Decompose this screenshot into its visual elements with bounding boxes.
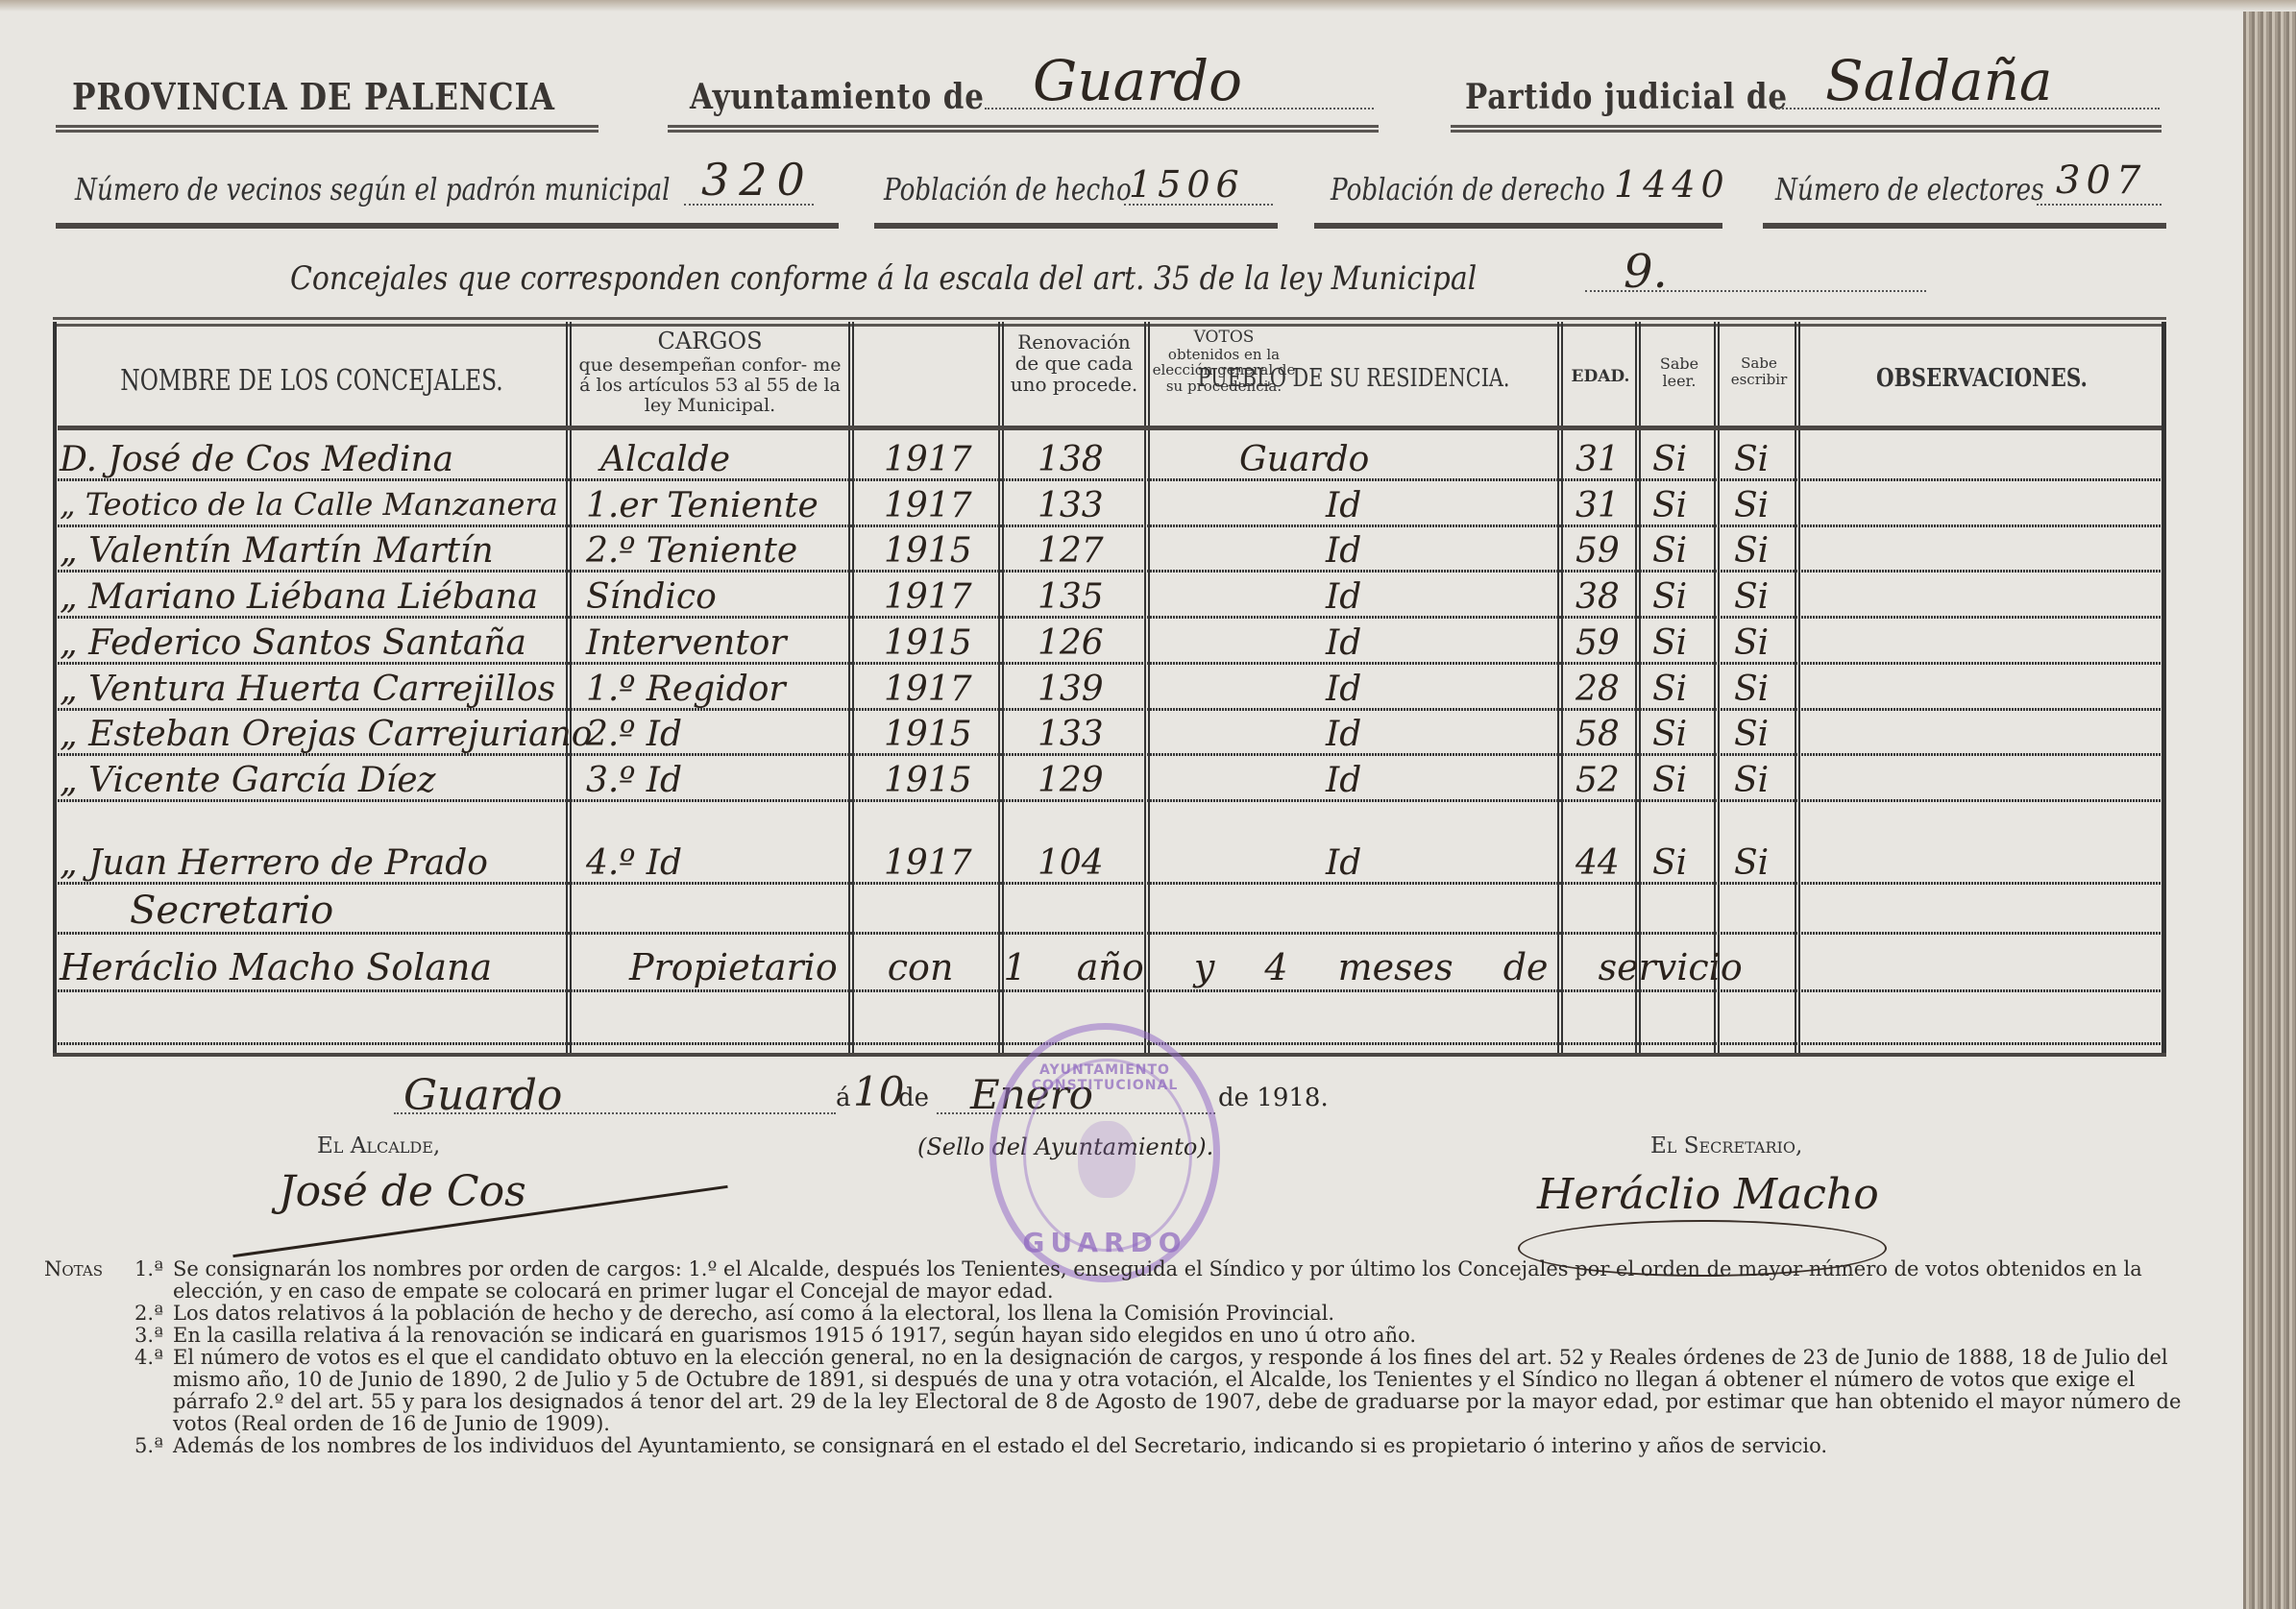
crest-icon [1078, 1121, 1136, 1198]
header-rule [668, 125, 1379, 133]
electores-label: Número de electores [1775, 171, 2044, 207]
cell-cargo: 1.er Teniente [586, 486, 818, 525]
cell-nombre: „ Esteban Orejas Carrejuriano [60, 715, 592, 754]
cell-pueblo: Id [1326, 577, 1361, 617]
ayuntamiento-label: Ayuntamiento de [690, 77, 985, 117]
cell-escribir: Si [1734, 670, 1769, 709]
cell-escribir: Si [1734, 577, 1769, 617]
province-title: PROVINCIA DE PALENCIA [72, 75, 555, 118]
cell-renovacion: 1915 [884, 531, 972, 571]
header-votos-title: VOTOS [1152, 329, 1296, 347]
cell-nombre: „ Juan Herrero de Prado [60, 843, 488, 883]
cell-nombre: D. José de Cos Medina [60, 440, 453, 479]
cell-edad: 58 [1575, 715, 1620, 754]
cell-escribir: Si [1734, 440, 1769, 479]
cell-pueblo: Id [1326, 531, 1361, 571]
cell-pueblo: Id [1326, 715, 1361, 754]
stats-rule [874, 223, 1278, 229]
cell-votos: 139 [1038, 670, 1104, 709]
book-page-edges [2243, 0, 2296, 1609]
vecinos-label: Número de vecinos según el padrón munici… [75, 171, 671, 207]
cell-cargo: Alcalde [600, 440, 730, 479]
cell-nombre: „ Valentín Martín Martín [60, 531, 494, 571]
cell-cargo: 2.º Id [586, 715, 682, 754]
header-leer: Sabe leer. [1645, 355, 1714, 389]
cell-votos: 138 [1038, 440, 1104, 479]
cell-cargo: Síndico [586, 577, 717, 617]
table-right-border [2162, 322, 2166, 1057]
header-pueblo: PUEBLO DE SU RESIDENCIA. [1192, 365, 1515, 393]
header-bottom-rule [58, 426, 2162, 430]
cell-leer: Si [1652, 843, 1687, 883]
secretario-heading: Secretario [130, 889, 333, 933]
notes-section: Notas 1.ª Se consignarán los nombres por… [38, 1258, 2200, 1457]
note-number: 3.ª [134, 1325, 163, 1347]
stats-rule [56, 223, 839, 229]
cell-edad: 44 [1575, 843, 1620, 883]
cell-leer: Si [1652, 486, 1687, 525]
concejales-label: Concejales que corresponden conforme á l… [290, 259, 1477, 298]
cell-edad: 38 [1575, 577, 1620, 617]
cell-secretario-detalle: Propietario con 1 año y 4 meses de servi… [629, 946, 1743, 988]
cell-votos: 104 [1038, 843, 1104, 883]
note-item: 2.ª Los datos relativos á la población d… [38, 1303, 2200, 1325]
cell-edad: 52 [1575, 761, 1620, 800]
stats-rule [1763, 223, 2166, 229]
note-text: Los datos relativos á la población de he… [173, 1302, 1334, 1325]
stamp-town: GUARDO [996, 1227, 1213, 1258]
cell-escribir: Si [1734, 715, 1769, 754]
note-text: El número de votos es el que el candidat… [173, 1346, 2181, 1435]
cell-votos: 127 [1038, 531, 1104, 571]
note-number: 5.ª [134, 1435, 163, 1457]
cell-cargo: 4.º Id [586, 843, 682, 883]
header-observaciones: OBSERVACIONES. [1835, 365, 2130, 393]
stamp-text: AYUNTAMIENTO CONSTITUCIONAL [996, 1062, 1213, 1093]
stats-rule [1314, 223, 1722, 229]
header-cargos: CARGOS que desempeñan confor- me á los a… [574, 329, 846, 416]
header-cargos-title: CARGOS [574, 329, 846, 353]
cell-escribir: Si [1734, 843, 1769, 883]
alcalde-title: El Alcalde, [317, 1134, 440, 1158]
alcalde-signature: José de Cos [279, 1167, 526, 1216]
cell-cargo: 3.º Id [586, 761, 682, 800]
electores-dotted-line [2037, 204, 2162, 206]
cell-leer: Si [1652, 440, 1687, 479]
cell-votos: 135 [1038, 577, 1104, 617]
partido-label: Partido judicial de [1465, 77, 1788, 117]
notes-label: Notas [44, 1258, 103, 1280]
cell-nombre: „ Mariano Liébana Liébana [60, 577, 538, 617]
note-number: 2.ª [134, 1303, 163, 1325]
cell-renovacion: 1917 [884, 577, 972, 617]
header-rule [1451, 125, 2162, 133]
note-item: 4.ª El número de votos es el que el cand… [38, 1347, 2200, 1435]
cell-cargo: 2.º Teniente [586, 531, 797, 571]
derecho-value: 1440 [1614, 163, 1730, 206]
header-cargos-sub: que desempeñan confor- me á los artículo… [574, 355, 846, 416]
table-left-border [53, 322, 57, 1057]
cell-votos: 133 [1038, 715, 1104, 754]
cell-edad: 59 [1575, 531, 1620, 571]
cell-pueblo: Id [1326, 670, 1361, 709]
hecho-label: Población de hecho [884, 171, 1132, 207]
cell-leer: Si [1652, 623, 1687, 663]
cell-leer: Si [1652, 715, 1687, 754]
hecho-value: 1506 [1129, 163, 1245, 206]
cell-pueblo: Id [1326, 623, 1361, 663]
concejales-value: 9. [1624, 245, 1668, 299]
cell-votos: 129 [1038, 761, 1104, 800]
cell-nombre: „ Vicente García Díez [60, 761, 436, 800]
header-escribir: Sabe escribir [1723, 355, 1795, 387]
note-item: Notas 1.ª Se consignarán los nombres por… [38, 1258, 2200, 1303]
partido-value: Saldaña [1825, 48, 2053, 113]
cell-renovacion: 1915 [884, 761, 972, 800]
cell-votos: 126 [1038, 623, 1104, 663]
cell-cargo: Interventor [586, 623, 787, 663]
cell-edad: 31 [1575, 486, 1620, 525]
cell-escribir: Si [1734, 531, 1769, 571]
cell-pueblo: Id [1326, 486, 1361, 525]
header-nombre: NOMBRE DE LOS CONCEJALES. [115, 365, 509, 397]
cell-pueblo: Id [1326, 761, 1361, 800]
ayuntamiento-value: Guardo [1033, 48, 1242, 113]
cell-leer: Si [1652, 670, 1687, 709]
cell-renovacion: 1917 [884, 486, 972, 525]
note-item: 3.ª En la casilla relativa á la renovaci… [38, 1325, 2200, 1347]
cell-renovacion: 1915 [884, 623, 972, 663]
date-place-dotted-line [394, 1112, 836, 1114]
header-renovacion: Renovación de que cada uno procede. [1006, 331, 1142, 395]
note-text: Se consignarán los nombres por orden de … [173, 1258, 2200, 1303]
row-line [58, 932, 2162, 935]
derecho-label: Población de derecho [1331, 171, 1605, 207]
cell-renovacion: 1917 [884, 440, 972, 479]
cell-edad: 31 [1575, 440, 1620, 479]
cell-leer: Si [1652, 761, 1687, 800]
column-divider [1795, 322, 1800, 1057]
header-rule [56, 125, 598, 133]
note-item: 5.ª Además de los nombres de los individ… [38, 1435, 2200, 1457]
cell-votos: 133 [1038, 486, 1104, 525]
cell-nombre: „ Federico Santos Santaña [60, 623, 526, 663]
row-line [58, 989, 2162, 992]
cell-leer: Si [1652, 531, 1687, 571]
cell-cargo: 1.º Regidor [586, 670, 786, 709]
cell-secretario-nombre: Heráclio Macho Solana [60, 946, 492, 988]
note-text: Además de los nombres de los individuos … [173, 1434, 1827, 1457]
note-text: En la casilla relativa á la renovación s… [173, 1324, 1416, 1347]
date-prefix: á [836, 1084, 851, 1112]
note-number: 4.ª [134, 1347, 163, 1369]
cell-edad: 28 [1575, 670, 1620, 709]
secretario-signature: Heráclio Macho [1537, 1170, 1879, 1219]
cell-nombre: „ Ventura Huerta Carrejillos [60, 670, 555, 709]
date-year: de 1918. [1218, 1084, 1329, 1112]
cell-pueblo: Guardo [1239, 440, 1369, 479]
electores-value: 307 [2056, 158, 2146, 203]
row-line [58, 524, 2162, 527]
secretario-title: El Secretario, [1650, 1134, 1802, 1158]
header-edad: EDAD. [1566, 368, 1635, 386]
document-page: PROVINCIA DE PALENCIA Ayuntamiento de Gu… [0, 0, 2248, 1609]
note-number: 1.ª [134, 1258, 163, 1280]
table-top-rule [53, 317, 2166, 327]
municipal-seal-stamp: AYUNTAMIENTO CONSTITUCIONAL GUARDO [989, 1023, 1220, 1282]
date-day: 10 [853, 1068, 904, 1115]
cell-leer: Si [1652, 577, 1687, 617]
cell-edad: 59 [1575, 623, 1620, 663]
cell-escribir: Si [1734, 761, 1769, 800]
column-divider [566, 322, 572, 1057]
cell-escribir: Si [1734, 486, 1769, 525]
cell-renovacion: 1917 [884, 843, 972, 883]
cell-nombre: „ Teotico de la Calle Manzanera [60, 486, 558, 523]
vecinos-value: 320 [701, 154, 815, 206]
cell-pueblo: Id [1326, 843, 1361, 883]
book-top-edge [0, 0, 2296, 12]
cell-escribir: Si [1734, 623, 1769, 663]
cell-renovacion: 1915 [884, 715, 972, 754]
date-de: de [898, 1084, 929, 1112]
cell-renovacion: 1917 [884, 670, 972, 709]
